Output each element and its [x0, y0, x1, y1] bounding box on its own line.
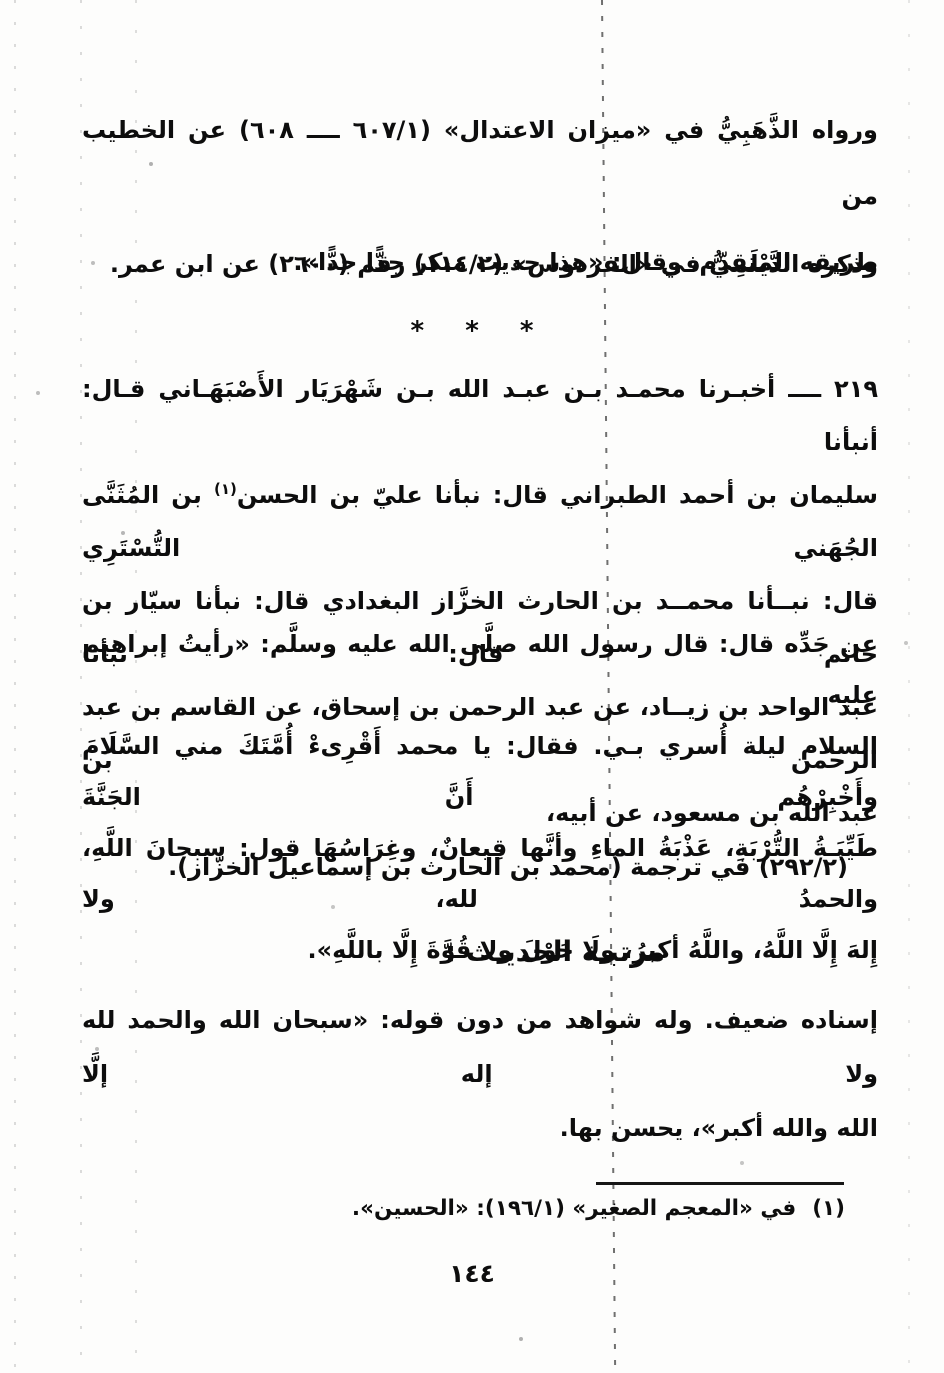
text-line: ورواه الذَّهَبِيُّ في «ميزان الاعتدال» (… [82, 97, 878, 229]
isnad-text: سليمان بن أحمد الطبراني قال: نبأنا عليّ … [237, 481, 878, 509]
paragraph-grading-comment: إسناده ضعيف. وله شواهد من دون قوله: «سبح… [82, 993, 878, 1155]
section-separator-stars: * * * [82, 311, 878, 351]
text-line: وذكره الدَّيْلَمِيُّ في «الفردوس» (١١٤/٢… [82, 238, 878, 290]
paragraph-hadith-matn: عن جَدِّه قال: قال رسول الله صلَّى الله … [82, 619, 878, 976]
paragraph-tarjama-reference: (٢٩٢/٢) في ترجمة (محمد بن الحارث بن إسما… [82, 841, 878, 893]
text-line: عن جَدِّه قال: قال رسول الله صلَّى الله … [82, 619, 878, 721]
page-number: ١٤٤ [0, 1254, 944, 1294]
heading-hadith-grade: مرتبـة الحديـث : [390, 930, 720, 974]
text-line: إسناده ضعيف. وله شواهد من دون قوله: «سبح… [82, 993, 878, 1101]
footnote-divider-rule [596, 1182, 844, 1185]
footnote: (١)في «المعجم الصغير» (١٩٦/١): «الحسين». [285, 1189, 845, 1229]
scan-artifact-specks [0, 0, 2, 2]
scanned-book-page: ورواه الذَّهَبِيُّ في «ميزان الاعتدال» (… [0, 0, 944, 1373]
paragraph-daylami-reference: وذكره الدَّيْلَمِيُّ في «الفردوس» (١١٤/٢… [82, 238, 878, 290]
footnote-reference-marker: (١) [214, 480, 237, 498]
scan-artifact-dotted-line [908, 0, 910, 1373]
text-line: ٢١٩ ــــ أخبـرنا محمـد بـن عبـد الله بـن… [82, 363, 878, 469]
scan-artifact-dotted-line [14, 0, 16, 1373]
text-line: (٢٩٢/٢) في ترجمة (محمد بن الحارث بن إسما… [82, 841, 878, 893]
text-line: الله والله أكبر»، يحسن بها. [82, 1101, 878, 1155]
text-line: سليمان بن أحمد الطبراني قال: نبأنا عليّ … [82, 469, 878, 575]
text-line: السلام ليلة أُسري بـي. فقال: يا محمد أَق… [82, 721, 878, 823]
footnote-text: في «المعجم الصغير» (١٩٦/١): «الحسين». [352, 1196, 796, 1221]
footnote-number: (١) [812, 1196, 845, 1221]
